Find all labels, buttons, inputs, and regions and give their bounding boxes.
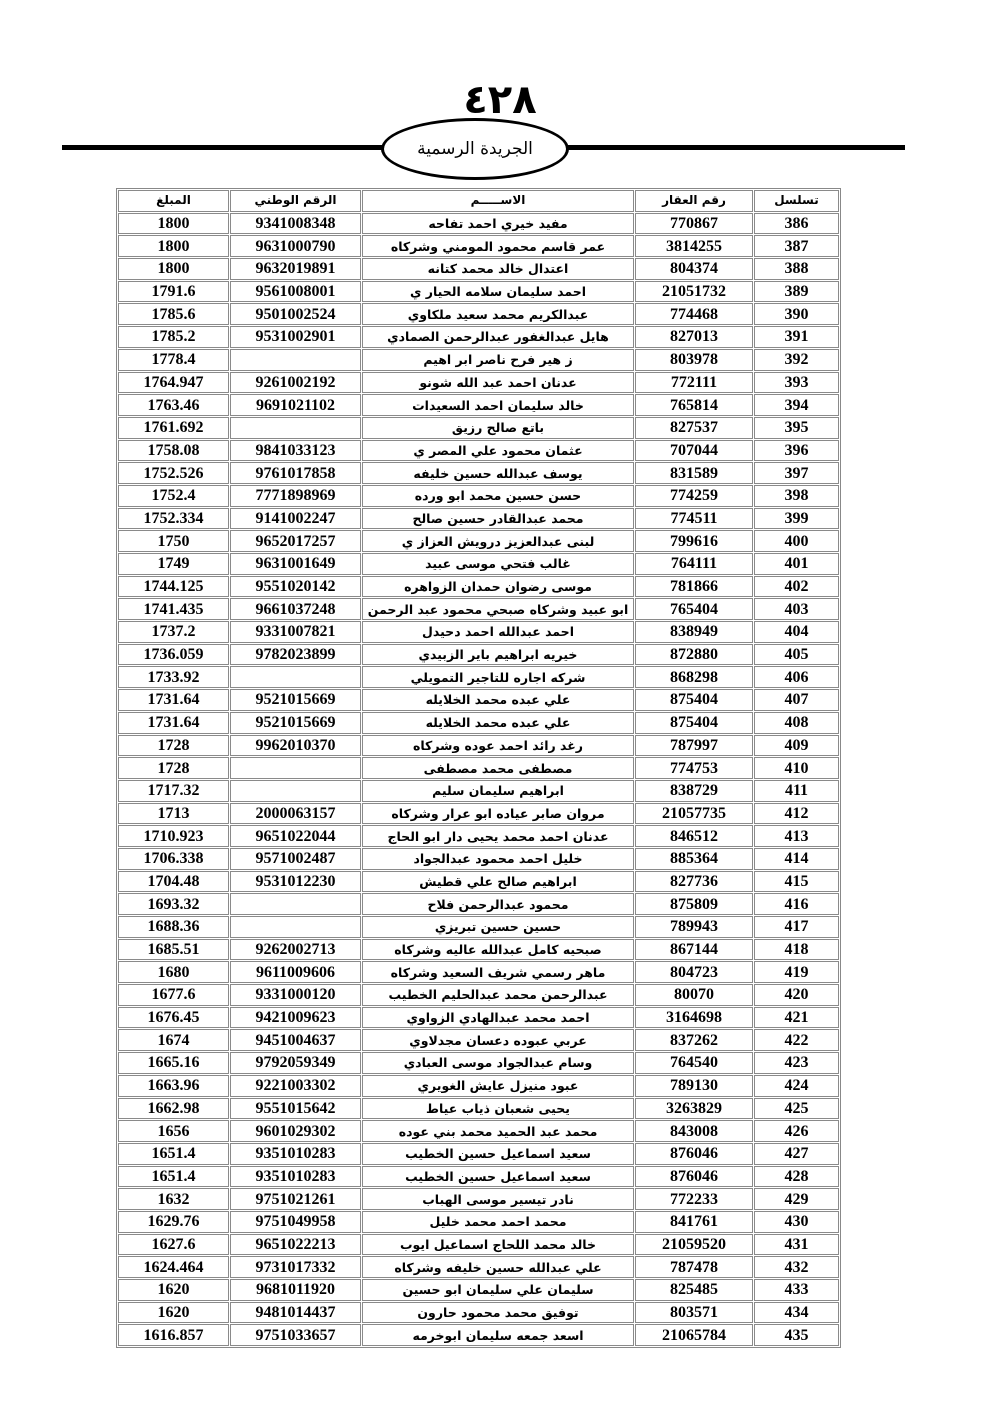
cell-serial: 418 xyxy=(754,939,839,961)
cell-serial: 409 xyxy=(754,735,839,757)
cell-national-id: 9691021102 xyxy=(230,394,361,416)
cell-name: محمد عبد الحميد محمد بني عوده xyxy=(362,1120,634,1142)
cell-name: محمد عبدالقادر حسين صالح xyxy=(362,508,634,530)
cell-national-id: 9731017332 xyxy=(230,1256,361,1278)
cell-amount: 1651.4 xyxy=(118,1166,229,1188)
cell-serial: 389 xyxy=(754,281,839,303)
cell-amount: 1785.6 xyxy=(118,303,229,325)
cell-national-id: 9751049958 xyxy=(230,1211,361,1233)
cell-serial: 420 xyxy=(754,984,839,1006)
cell-name: غالب فتحي موسى عبيد xyxy=(362,553,634,575)
cell-amount: 1713 xyxy=(118,803,229,825)
cell-property-number: 770867 xyxy=(635,213,753,235)
cell-serial: 408 xyxy=(754,712,839,734)
cell-name: يوسف عبدالله حسين خليفه xyxy=(362,462,634,484)
column-header-national-id: الرقم الوطني xyxy=(230,190,361,212)
cell-national-id: 9611009606 xyxy=(230,961,361,983)
cell-serial: 394 xyxy=(754,394,839,416)
cell-name: علي عبده محمد الخلايله xyxy=(362,712,634,734)
cell-amount: 1731.64 xyxy=(118,689,229,711)
cell-national-id: 9631000790 xyxy=(230,235,361,257)
cell-name: علي عبدالله حسين خليفه وشركاه xyxy=(362,1256,634,1278)
cell-property-number: 789130 xyxy=(635,1075,753,1097)
cell-name: سليمان علي سليمان ابو حسين xyxy=(362,1279,634,1301)
cell-serial: 424 xyxy=(754,1075,839,1097)
table-row: 423764540وسام عبدالجواد موسى العبادي9792… xyxy=(118,1052,839,1074)
cell-amount: 1656 xyxy=(118,1120,229,1142)
cell-serial: 407 xyxy=(754,689,839,711)
cell-national-id: 9531012230 xyxy=(230,871,361,893)
cell-amount: 1676.45 xyxy=(118,1007,229,1029)
table-row: 430841761محمد احمد محمد خليل975104995816… xyxy=(118,1211,839,1233)
table-row: 418867144صبحيه كامل عبدالله عاليه وشركاه… xyxy=(118,939,839,961)
cell-amount: 1616.857 xyxy=(118,1324,229,1346)
cell-name: احمد عبدالله احمد دحيدل xyxy=(362,621,634,643)
cell-amount: 1744.125 xyxy=(118,576,229,598)
cell-amount: 1728 xyxy=(118,735,229,757)
cell-property-number: 787997 xyxy=(635,735,753,757)
cell-amount: 1629.76 xyxy=(118,1211,229,1233)
table-row: 409787997رغد رائد احمد عوده وشركاه996201… xyxy=(118,735,839,757)
cell-amount: 1736.059 xyxy=(118,644,229,666)
cell-serial: 403 xyxy=(754,598,839,620)
cell-amount: 1737.2 xyxy=(118,621,229,643)
cell-amount: 1674 xyxy=(118,1029,229,1051)
table-row: 41221057735مروان صابر عياده ابو عرار وشر… xyxy=(118,803,839,825)
cell-serial: 388 xyxy=(754,258,839,280)
cell-national-id: 9571002487 xyxy=(230,848,361,870)
cell-serial: 411 xyxy=(754,780,839,802)
cell-property-number: 765404 xyxy=(635,598,753,620)
cell-amount: 1758.08 xyxy=(118,440,229,462)
cell-serial: 406 xyxy=(754,666,839,688)
table-row: 428876046سعيد اسماعيل حسين الخطيب9351010… xyxy=(118,1166,839,1188)
cell-property-number: 774753 xyxy=(635,757,753,779)
page-number: ٤٢٨ xyxy=(0,78,1000,122)
table-row: 394765814خالد سليمان احمد السعيدات969102… xyxy=(118,394,839,416)
cell-serial: 427 xyxy=(754,1143,839,1165)
table-row: 429772233نادر تيسير موسى الهباب975102126… xyxy=(118,1188,839,1210)
table-row: 386770867مفيد خيري احمد تفاحه93410083481… xyxy=(118,213,839,235)
cell-name: موسى رضوان حمدان الزواهره xyxy=(362,576,634,598)
cell-national-id: 9421009623 xyxy=(230,1007,361,1029)
table-row: 414885364خليل احمد محمود عبدالجواد957100… xyxy=(118,848,839,870)
cell-property-number: 21057735 xyxy=(635,803,753,825)
table-row: 397831589يوسف عبدالله حسين خليفه97610178… xyxy=(118,462,839,484)
cell-serial: 393 xyxy=(754,372,839,394)
cell-amount: 1752.4 xyxy=(118,485,229,507)
cell-property-number: 707044 xyxy=(635,440,753,462)
cell-national-id: 9141002247 xyxy=(230,508,361,530)
cell-amount: 1785.2 xyxy=(118,326,229,348)
table-row: 422837262عربي عبوده دعسان مجدلاوي9451004… xyxy=(118,1029,839,1051)
cell-amount: 1680 xyxy=(118,961,229,983)
cell-property-number: 867144 xyxy=(635,939,753,961)
table-row: 43521065784اسعد جمعه سليمان ابوخرمه97510… xyxy=(118,1324,839,1346)
cell-national-id xyxy=(230,417,361,439)
table-row: 426843008محمد عبد الحميد محمد بني عوده96… xyxy=(118,1120,839,1142)
table-row: 4213164698احمد محمد عبدالهادي الزواوي942… xyxy=(118,1007,839,1029)
table-row: 395827537باتع صالح رزيق1761.692 xyxy=(118,417,839,439)
cell-serial: 402 xyxy=(754,576,839,598)
cell-name: مروان صابر عياده ابو عرار وشركاه xyxy=(362,803,634,825)
cell-serial: 395 xyxy=(754,417,839,439)
cell-national-id: 9751021261 xyxy=(230,1188,361,1210)
cell-national-id: 9481014437 xyxy=(230,1302,361,1324)
cell-national-id xyxy=(230,349,361,371)
cell-name: شركه اجاره للتاجير التمويلي xyxy=(362,666,634,688)
cell-property-number: 876046 xyxy=(635,1143,753,1165)
cell-name: سعيد اسماعيل حسين الخطيب xyxy=(362,1166,634,1188)
cell-amount: 1764.947 xyxy=(118,372,229,394)
table-row: 419804723ماهر رسمي شريف السعيد وشركاه961… xyxy=(118,961,839,983)
table-row: 390774468عبدالكريم محمد سعيد ملكاوي95010… xyxy=(118,303,839,325)
cell-property-number: 3814255 xyxy=(635,235,753,257)
cell-amount: 1662.98 xyxy=(118,1098,229,1120)
cell-property-number: 804723 xyxy=(635,961,753,983)
table-row: 413846512عدنان احمد محمد يحيى دار ابو ال… xyxy=(118,825,839,847)
table-row: 3873814255عمر قاسم محمود المومني وشركاه9… xyxy=(118,235,839,257)
cell-serial: 430 xyxy=(754,1211,839,1233)
cell-national-id: 9351010283 xyxy=(230,1166,361,1188)
cell-name: ابراهيم سليمان سليم xyxy=(362,780,634,802)
cell-serial: 426 xyxy=(754,1120,839,1142)
cell-national-id: 9751033657 xyxy=(230,1324,361,1346)
cell-amount: 1693.32 xyxy=(118,893,229,915)
cell-amount: 1733.92 xyxy=(118,666,229,688)
table-row: 398774259حسن حسين محمد ابو ورده777189896… xyxy=(118,485,839,507)
table-row: 427876046سعيد اسماعيل حسين الخطيب9351010… xyxy=(118,1143,839,1165)
cell-name: عبود منيزل عايش الغويري xyxy=(362,1075,634,1097)
cell-property-number: 3263829 xyxy=(635,1098,753,1120)
table-row: 38921051732احمد سليمان سلامه الحيار ي956… xyxy=(118,281,839,303)
cell-name: عبدالرحمن محمد عبدالحليم الخطيب xyxy=(362,984,634,1006)
cell-property-number: 3164698 xyxy=(635,1007,753,1029)
cell-amount: 1651.4 xyxy=(118,1143,229,1165)
cell-property-number: 772111 xyxy=(635,372,753,394)
cell-property-number: 774511 xyxy=(635,508,753,530)
table-row: 417789943حسين حسين تبريزي1688.36 xyxy=(118,916,839,938)
cell-property-number: 825485 xyxy=(635,1279,753,1301)
table-row: 42080070عبدالرحمن محمد عبدالحليم الخطيب9… xyxy=(118,984,839,1006)
cell-serial: 417 xyxy=(754,916,839,938)
cell-serial: 432 xyxy=(754,1256,839,1278)
table-row: 408875404علي عبده محمد الخلايله952101566… xyxy=(118,712,839,734)
cell-name: عدنان احمد عبد الله شونو xyxy=(362,372,634,394)
cell-name: ابو عبيد وشركاه صبحي محمود عبد الرحمن xyxy=(362,598,634,620)
cell-serial: 412 xyxy=(754,803,839,825)
cell-serial: 431 xyxy=(754,1234,839,1256)
cell-amount: 1752.526 xyxy=(118,462,229,484)
column-header-amount: المبلغ xyxy=(118,190,229,212)
cell-amount: 1632 xyxy=(118,1188,229,1210)
cell-name: عدنان احمد محمد يحيى دار ابو الحاج xyxy=(362,825,634,847)
cell-property-number: 827736 xyxy=(635,871,753,893)
table-row: 411838729ابراهيم سليمان سليم1717.32 xyxy=(118,780,839,802)
cell-national-id: 9841033123 xyxy=(230,440,361,462)
cell-name: لبنى عبدالعزيز درويش العزاز ي xyxy=(362,530,634,552)
cell-national-id: 9451004637 xyxy=(230,1029,361,1051)
cell-property-number: 21051732 xyxy=(635,281,753,303)
cell-amount: 1800 xyxy=(118,235,229,257)
cell-serial: 396 xyxy=(754,440,839,462)
table-row: 407875404علي عبده محمد الخلايله952101566… xyxy=(118,689,839,711)
cell-name: وسام عبدالجواد موسى العبادي xyxy=(362,1052,634,1074)
cell-property-number: 843008 xyxy=(635,1120,753,1142)
cell-national-id: 9331007821 xyxy=(230,621,361,643)
records-table: تسلسل رقم العقار الاســـــم الرقم الوطني… xyxy=(116,188,841,1348)
cell-property-number: 827537 xyxy=(635,417,753,439)
cell-property-number: 872880 xyxy=(635,644,753,666)
cell-name: احمد محمد عبدالهادي الزواوي xyxy=(362,1007,634,1029)
cell-amount: 1800 xyxy=(118,213,229,235)
cell-serial: 422 xyxy=(754,1029,839,1051)
cell-national-id xyxy=(230,757,361,779)
cell-property-number: 885364 xyxy=(635,848,753,870)
table-row: 393772111عدنان احمد عبد الله شونو9261002… xyxy=(118,372,839,394)
cell-name: خليل احمد محمود عبدالجواد xyxy=(362,848,634,870)
cell-national-id xyxy=(230,666,361,688)
cell-property-number: 764111 xyxy=(635,553,753,575)
cell-name: اعتدال خالد محمد كتانه xyxy=(362,258,634,280)
cell-national-id: 9351010283 xyxy=(230,1143,361,1165)
cell-amount: 1741.435 xyxy=(118,598,229,620)
cell-property-number: 765814 xyxy=(635,394,753,416)
cell-national-id: 9561008001 xyxy=(230,281,361,303)
cell-national-id: 9681011920 xyxy=(230,1279,361,1301)
cell-name: خالد محمد اللحاج اسماعيل ايوب xyxy=(362,1234,634,1256)
cell-national-id: 9761017858 xyxy=(230,462,361,484)
cell-name: اسعد جمعه سليمان ابوخرمه xyxy=(362,1324,634,1346)
cell-national-id: 9632019891 xyxy=(230,258,361,280)
cell-property-number: 841761 xyxy=(635,1211,753,1233)
cell-serial: 386 xyxy=(754,213,839,235)
cell-amount: 1778.4 xyxy=(118,349,229,371)
table-row: 43121059520خالد محمد اللحاج اسماعيل ايوب… xyxy=(118,1234,839,1256)
table-row: 405872880خيريه ابراهيم باير الزبيدي97820… xyxy=(118,644,839,666)
table-row: 391827013هايل عبدالغفور عبدالرحمن الصماد… xyxy=(118,326,839,348)
table-row: 388804374اعتدال خالد محمد كتانه963201989… xyxy=(118,258,839,280)
cell-name: توفيق محمد محمود حارون xyxy=(362,1302,634,1324)
cell-property-number: 781866 xyxy=(635,576,753,598)
cell-name: حسين حسين تبريزي xyxy=(362,916,634,938)
table-row: 415827736ابراهيم صالح علي قطيش9531012230… xyxy=(118,871,839,893)
cell-serial: 435 xyxy=(754,1324,839,1346)
cell-national-id: 9962010370 xyxy=(230,735,361,757)
cell-name: احمد سليمان سلامه الحيار ي xyxy=(362,281,634,303)
cell-serial: 414 xyxy=(754,848,839,870)
cell-national-id xyxy=(230,893,361,915)
cell-property-number: 804374 xyxy=(635,258,753,280)
cell-property-number: 837262 xyxy=(635,1029,753,1051)
cell-name: حسن حسين محمد ابو ورده xyxy=(362,485,634,507)
cell-amount: 1663.96 xyxy=(118,1075,229,1097)
cell-name: خالد سليمان احمد السعيدات xyxy=(362,394,634,416)
cell-amount: 1710.923 xyxy=(118,825,229,847)
cell-serial: 397 xyxy=(754,462,839,484)
table-row: 399774511محمد عبدالقادر حسين صالح9141002… xyxy=(118,508,839,530)
cell-national-id: 9792059349 xyxy=(230,1052,361,1074)
cell-serial: 391 xyxy=(754,326,839,348)
table-row: 406868298شركه اجاره للتاجير التمويلي1733… xyxy=(118,666,839,688)
table-row: 400799616لبنى عبدالعزيز درويش العزاز ي96… xyxy=(118,530,839,552)
table-row: 410774753مصطفى محمد مصطفى1728 xyxy=(118,757,839,779)
cell-amount: 1749 xyxy=(118,553,229,575)
table-row: 433825485سليمان علي سليمان ابو حسين96810… xyxy=(118,1279,839,1301)
cell-serial: 401 xyxy=(754,553,839,575)
cell-name: محمد احمد محمد خليل xyxy=(362,1211,634,1233)
cell-amount: 1731.64 xyxy=(118,712,229,734)
publication-title: الجريدة الرسمية xyxy=(417,139,533,159)
cell-serial: 387 xyxy=(754,235,839,257)
cell-property-number: 875404 xyxy=(635,689,753,711)
cell-name: علي عبده محمد الخلايله xyxy=(362,689,634,711)
table-row: 404838949احمد عبدالله احمد دحيدل93310078… xyxy=(118,621,839,643)
table-row: 396707044عثمان محمود علي المصر ي98410331… xyxy=(118,440,839,462)
table-row: 4253263829يحيى شعبان ذياب عياط9551015642… xyxy=(118,1098,839,1120)
cell-national-id: 9652017257 xyxy=(230,530,361,552)
cell-property-number: 803978 xyxy=(635,349,753,371)
cell-national-id: 9651022213 xyxy=(230,1234,361,1256)
cell-serial: 400 xyxy=(754,530,839,552)
cell-amount: 1717.32 xyxy=(118,780,229,802)
cell-name: عمر قاسم محمود المومني وشركاه xyxy=(362,235,634,257)
table-header-row: تسلسل رقم العقار الاســـــم الرقم الوطني… xyxy=(118,190,839,212)
cell-serial: 433 xyxy=(754,1279,839,1301)
table-body: 386770867مفيد خيري احمد تفاحه93410083481… xyxy=(118,213,839,1346)
cell-amount: 1677.6 xyxy=(118,984,229,1006)
cell-property-number: 787478 xyxy=(635,1256,753,1278)
cell-name: سعيد اسماعيل حسين الخطيب xyxy=(362,1143,634,1165)
cell-national-id: 9331000120 xyxy=(230,984,361,1006)
cell-property-number: 876046 xyxy=(635,1166,753,1188)
cell-amount: 1728 xyxy=(118,757,229,779)
cell-amount: 1624.464 xyxy=(118,1256,229,1278)
cell-amount: 1800 xyxy=(118,258,229,280)
cell-name: صبحيه كامل عبدالله عاليه وشركاه xyxy=(362,939,634,961)
cell-name: مصطفى محمد مصطفى xyxy=(362,757,634,779)
cell-property-number: 21065784 xyxy=(635,1324,753,1346)
cell-national-id: 9261002192 xyxy=(230,372,361,394)
cell-property-number: 831589 xyxy=(635,462,753,484)
cell-amount: 1704.48 xyxy=(118,871,229,893)
cell-name: يحيى شعبان ذياب عياط xyxy=(362,1098,634,1120)
table-row: 434803571توفيق محمد محمود حارون948101443… xyxy=(118,1302,839,1324)
table-row: 424789130عبود منيزل عايش الغويري92210033… xyxy=(118,1075,839,1097)
cell-national-id: 9521015669 xyxy=(230,712,361,734)
cell-amount: 1685.51 xyxy=(118,939,229,961)
cell-amount: 1688.36 xyxy=(118,916,229,938)
cell-property-number: 875404 xyxy=(635,712,753,734)
cell-national-id: 9661037248 xyxy=(230,598,361,620)
cell-serial: 399 xyxy=(754,508,839,530)
publication-title-oval: الجريدة الرسمية xyxy=(381,118,569,180)
cell-name: ز هير فرح ناصر ابر اهيم xyxy=(362,349,634,371)
cell-amount: 1791.6 xyxy=(118,281,229,303)
cell-serial: 392 xyxy=(754,349,839,371)
cell-property-number: 799616 xyxy=(635,530,753,552)
cell-property-number: 789943 xyxy=(635,916,753,938)
cell-amount: 1752.334 xyxy=(118,508,229,530)
cell-property-number: 875809 xyxy=(635,893,753,915)
column-header-property-number: رقم العقار xyxy=(635,190,753,212)
cell-name: عثمان محمود علي المصر ي xyxy=(362,440,634,462)
cell-serial: 429 xyxy=(754,1188,839,1210)
cell-property-number: 868298 xyxy=(635,666,753,688)
cell-serial: 428 xyxy=(754,1166,839,1188)
cell-national-id: 2000063157 xyxy=(230,803,361,825)
cell-property-number: 803571 xyxy=(635,1302,753,1324)
cell-name: خيريه ابراهيم باير الزبيدي xyxy=(362,644,634,666)
cell-property-number: 827013 xyxy=(635,326,753,348)
cell-national-id: 9651022044 xyxy=(230,825,361,847)
cell-national-id: 9341008348 xyxy=(230,213,361,235)
cell-serial: 413 xyxy=(754,825,839,847)
cell-national-id: 9221003302 xyxy=(230,1075,361,1097)
cell-name: عربي عبوده دعسان مجدلاوي xyxy=(362,1029,634,1051)
table-row: 432787478علي عبدالله حسين خليفه وشركاه97… xyxy=(118,1256,839,1278)
cell-national-id: 9501002524 xyxy=(230,303,361,325)
cell-name: نادر تيسير موسى الهباب xyxy=(362,1188,634,1210)
cell-name: باتع صالح رزيق xyxy=(362,417,634,439)
cell-name: مفيد خيري احمد تفاحه xyxy=(362,213,634,235)
cell-property-number: 838949 xyxy=(635,621,753,643)
cell-national-id: 9631001649 xyxy=(230,553,361,575)
cell-property-number: 80070 xyxy=(635,984,753,1006)
cell-serial: 390 xyxy=(754,303,839,325)
cell-amount: 1706.338 xyxy=(118,848,229,870)
cell-national-id: 9551020142 xyxy=(230,576,361,598)
cell-name: محمود عبدالرحمن فلاح xyxy=(362,893,634,915)
cell-amount: 1620 xyxy=(118,1302,229,1324)
column-header-serial: تسلسل xyxy=(754,190,839,212)
cell-property-number: 838729 xyxy=(635,780,753,802)
cell-national-id: 9782023899 xyxy=(230,644,361,666)
cell-serial: 405 xyxy=(754,644,839,666)
cell-national-id xyxy=(230,916,361,938)
cell-amount: 1665.16 xyxy=(118,1052,229,1074)
cell-name: رغد رائد احمد عوده وشركاه xyxy=(362,735,634,757)
cell-property-number: 772233 xyxy=(635,1188,753,1210)
cell-name: ابراهيم صالح علي قطيش xyxy=(362,871,634,893)
cell-serial: 415 xyxy=(754,871,839,893)
cell-property-number: 846512 xyxy=(635,825,753,847)
cell-name: ماهر رسمي شريف السعيد وشركاه xyxy=(362,961,634,983)
cell-serial: 416 xyxy=(754,893,839,915)
cell-serial: 410 xyxy=(754,757,839,779)
column-header-name: الاســـــم xyxy=(362,190,634,212)
cell-national-id: 9262002713 xyxy=(230,939,361,961)
cell-name: هايل عبدالغفور عبدالرحمن الصمادي xyxy=(362,326,634,348)
cell-serial: 419 xyxy=(754,961,839,983)
cell-property-number: 774468 xyxy=(635,303,753,325)
table-row: 402781866موسى رضوان حمدان الزواهره955102… xyxy=(118,576,839,598)
cell-amount: 1761.692 xyxy=(118,417,229,439)
table-row: 403765404ابو عبيد وشركاه صبحي محمود عبد … xyxy=(118,598,839,620)
cell-serial: 398 xyxy=(754,485,839,507)
cell-serial: 425 xyxy=(754,1098,839,1120)
cell-national-id: 9531002901 xyxy=(230,326,361,348)
table-row: 416875809محمود عبدالرحمن فلاح1693.32 xyxy=(118,893,839,915)
records-table-container: تسلسل رقم العقار الاســـــم الرقم الوطني… xyxy=(116,188,838,1348)
cell-serial: 434 xyxy=(754,1302,839,1324)
cell-national-id xyxy=(230,780,361,802)
cell-property-number: 764540 xyxy=(635,1052,753,1074)
cell-serial: 404 xyxy=(754,621,839,643)
cell-national-id: 9551015642 xyxy=(230,1098,361,1120)
cell-amount: 1627.6 xyxy=(118,1234,229,1256)
table-row: 401764111غالب فتحي موسى عبيد963100164917… xyxy=(118,553,839,575)
